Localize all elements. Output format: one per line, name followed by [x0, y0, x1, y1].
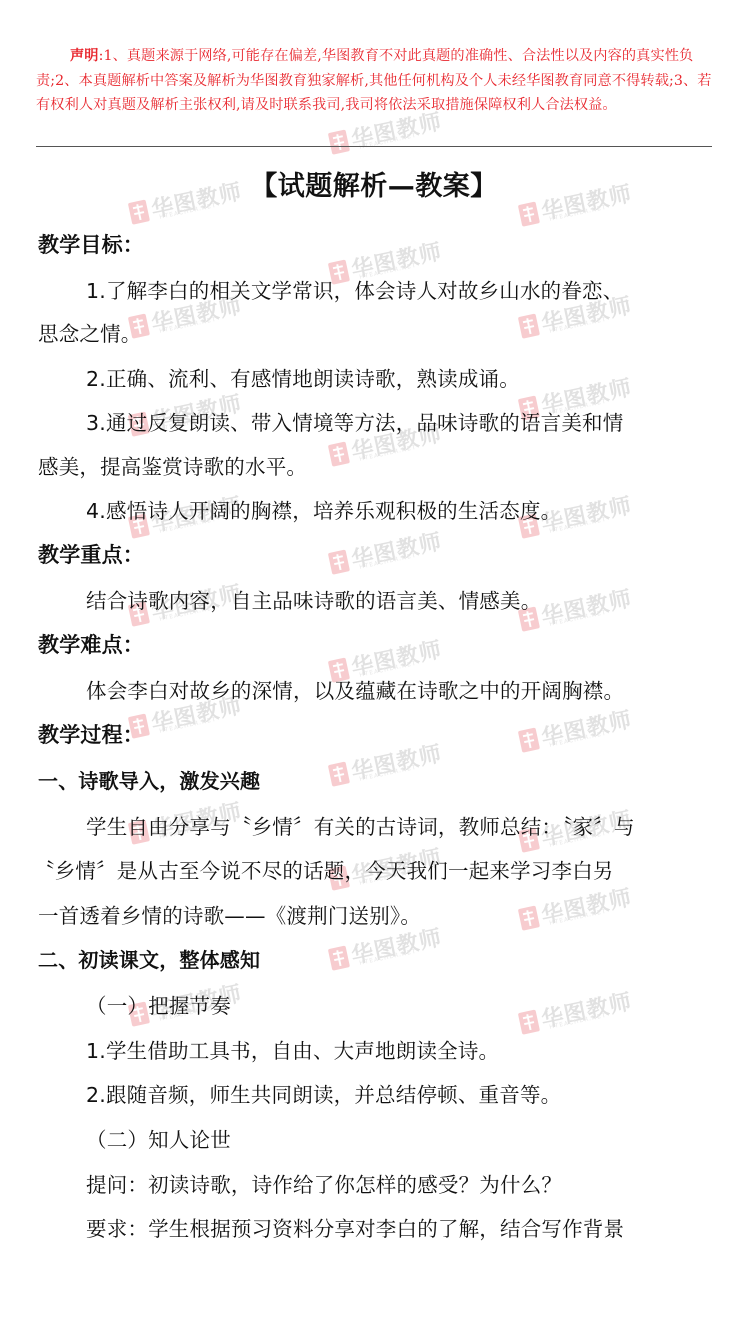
difficulties-heading: 教学难点： [38, 629, 144, 659]
goal-item: 4.感悟诗人开阔的胸襟，培养乐观积极的生活态度。 [86, 494, 561, 524]
goals-heading: 教学目标： [38, 229, 144, 259]
sub2-heading: （二）知人论世 [86, 1123, 231, 1153]
goal-item: 感美，提高鉴赏诗歌的水平。 [38, 450, 307, 480]
watermark: 华图教师HTEACHER.NET [517, 985, 635, 1039]
huatu-logo-icon [328, 945, 350, 970]
huatu-logo-icon [328, 761, 350, 786]
huatu-logo-icon [328, 441, 350, 466]
huatu-logo-icon [518, 1009, 540, 1034]
divider [36, 146, 712, 147]
part1-line: 学生自由分享与〝乡情〞有关的古诗词，教师总结：〝家〞与 [86, 810, 635, 840]
goal-item: 思念之情。 [38, 317, 142, 347]
sub1-heading: （一）把握节奏 [86, 989, 231, 1019]
part1-heading: 一、诗歌导入，激发兴趣 [38, 765, 260, 794]
sub1-item: 1.学生借助工具书，自由、大声地朗读全诗。 [86, 1034, 499, 1064]
disclaimer-text: :1、真题来源于网络,可能存在偏差,华图教育不对此真题的准确性、合法性以及内容的… [36, 48, 712, 113]
goal-item: 2.正确、流利、有感情地朗读诗歌，熟读成诵。 [86, 362, 520, 392]
watermark: 华图教师HTEACHER.NET [327, 737, 445, 791]
goal-item: 3.通过反复朗读、带入情境等方法，品味诗歌的语言美和情 [86, 406, 623, 436]
disclaimer: 声明:1、真题来源于网络,可能存在偏差,华图教育不对此真题的准确性、合法性以及内… [36, 44, 712, 118]
huatu-logo-icon [518, 727, 540, 752]
sub1-item: 2.跟随音频，师生共同朗读，并总结停顿、重音等。 [86, 1078, 561, 1108]
page-title: 【试题解析—教案】 [0, 164, 748, 203]
key-points-text: 结合诗歌内容，自主品味诗歌的语言美、情感美。 [86, 584, 541, 614]
huatu-logo-icon [518, 201, 540, 226]
part1-line: 〝乡情〞是从古至今说不尽的话题，今天我们一起来学习李白另 [34, 854, 614, 884]
huatu-logo-icon [518, 905, 540, 930]
part2-heading: 二、初读课文，整体感知 [38, 944, 260, 973]
process-heading: 教学过程： [38, 719, 144, 749]
part1-line: 一首透着乡情的诗歌——《渡荆门送别》。 [38, 899, 421, 929]
key-points-heading: 教学重点： [38, 539, 144, 569]
difficulties-text: 体会李白对故乡的深情，以及蕴藏在诗歌之中的开阔胸襟。 [86, 674, 624, 704]
sub2-requirement: 要求：学生根据预习资料分享对李白的了解，结合写作背景 [86, 1212, 624, 1242]
huatu-logo-icon [518, 313, 540, 338]
document-page: 华图教师HTEACHER.NET 华图教师HTEACHER.NET 华图教师HT… [0, 0, 748, 1335]
huatu-logo-icon [328, 549, 350, 574]
sub2-question: 提问：初读诗歌，诗作给了你怎样的感受？为什么？ [86, 1168, 562, 1198]
goal-item: 1.了解李白的相关文学常识，体会诗人对故乡山水的眷恋、 [86, 274, 623, 304]
huatu-logo-icon [328, 129, 350, 154]
watermark: 华图教师HTEACHER.NET [327, 525, 445, 579]
watermark: 华图教师HTEACHER.NET [517, 703, 635, 757]
disclaimer-label: 声明 [70, 48, 99, 64]
watermark: 华图教师HTEACHER.NET [517, 881, 635, 935]
